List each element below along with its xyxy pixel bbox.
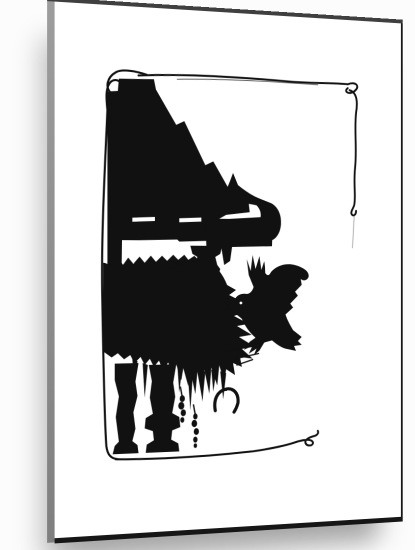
frame-top-line (139, 73, 348, 86)
print-board (55, 2, 403, 544)
silhouette (103, 77, 273, 455)
frame-bottom-line-with-curl (116, 431, 318, 461)
center-post-leg (145, 364, 181, 453)
silhouette-artwork (55, 2, 401, 539)
frame-topright-flourish (346, 83, 357, 216)
left-post-leg (113, 363, 139, 454)
flying-bird-eye (240, 302, 243, 305)
art-print-photo (0, 0, 415, 550)
straw-hook-curl (215, 389, 238, 413)
frame-faint-hanging-line (352, 217, 354, 248)
catkin-strand-right (192, 404, 199, 448)
catkin-strand-left (178, 386, 186, 423)
board-left-edge (47, 0, 55, 543)
